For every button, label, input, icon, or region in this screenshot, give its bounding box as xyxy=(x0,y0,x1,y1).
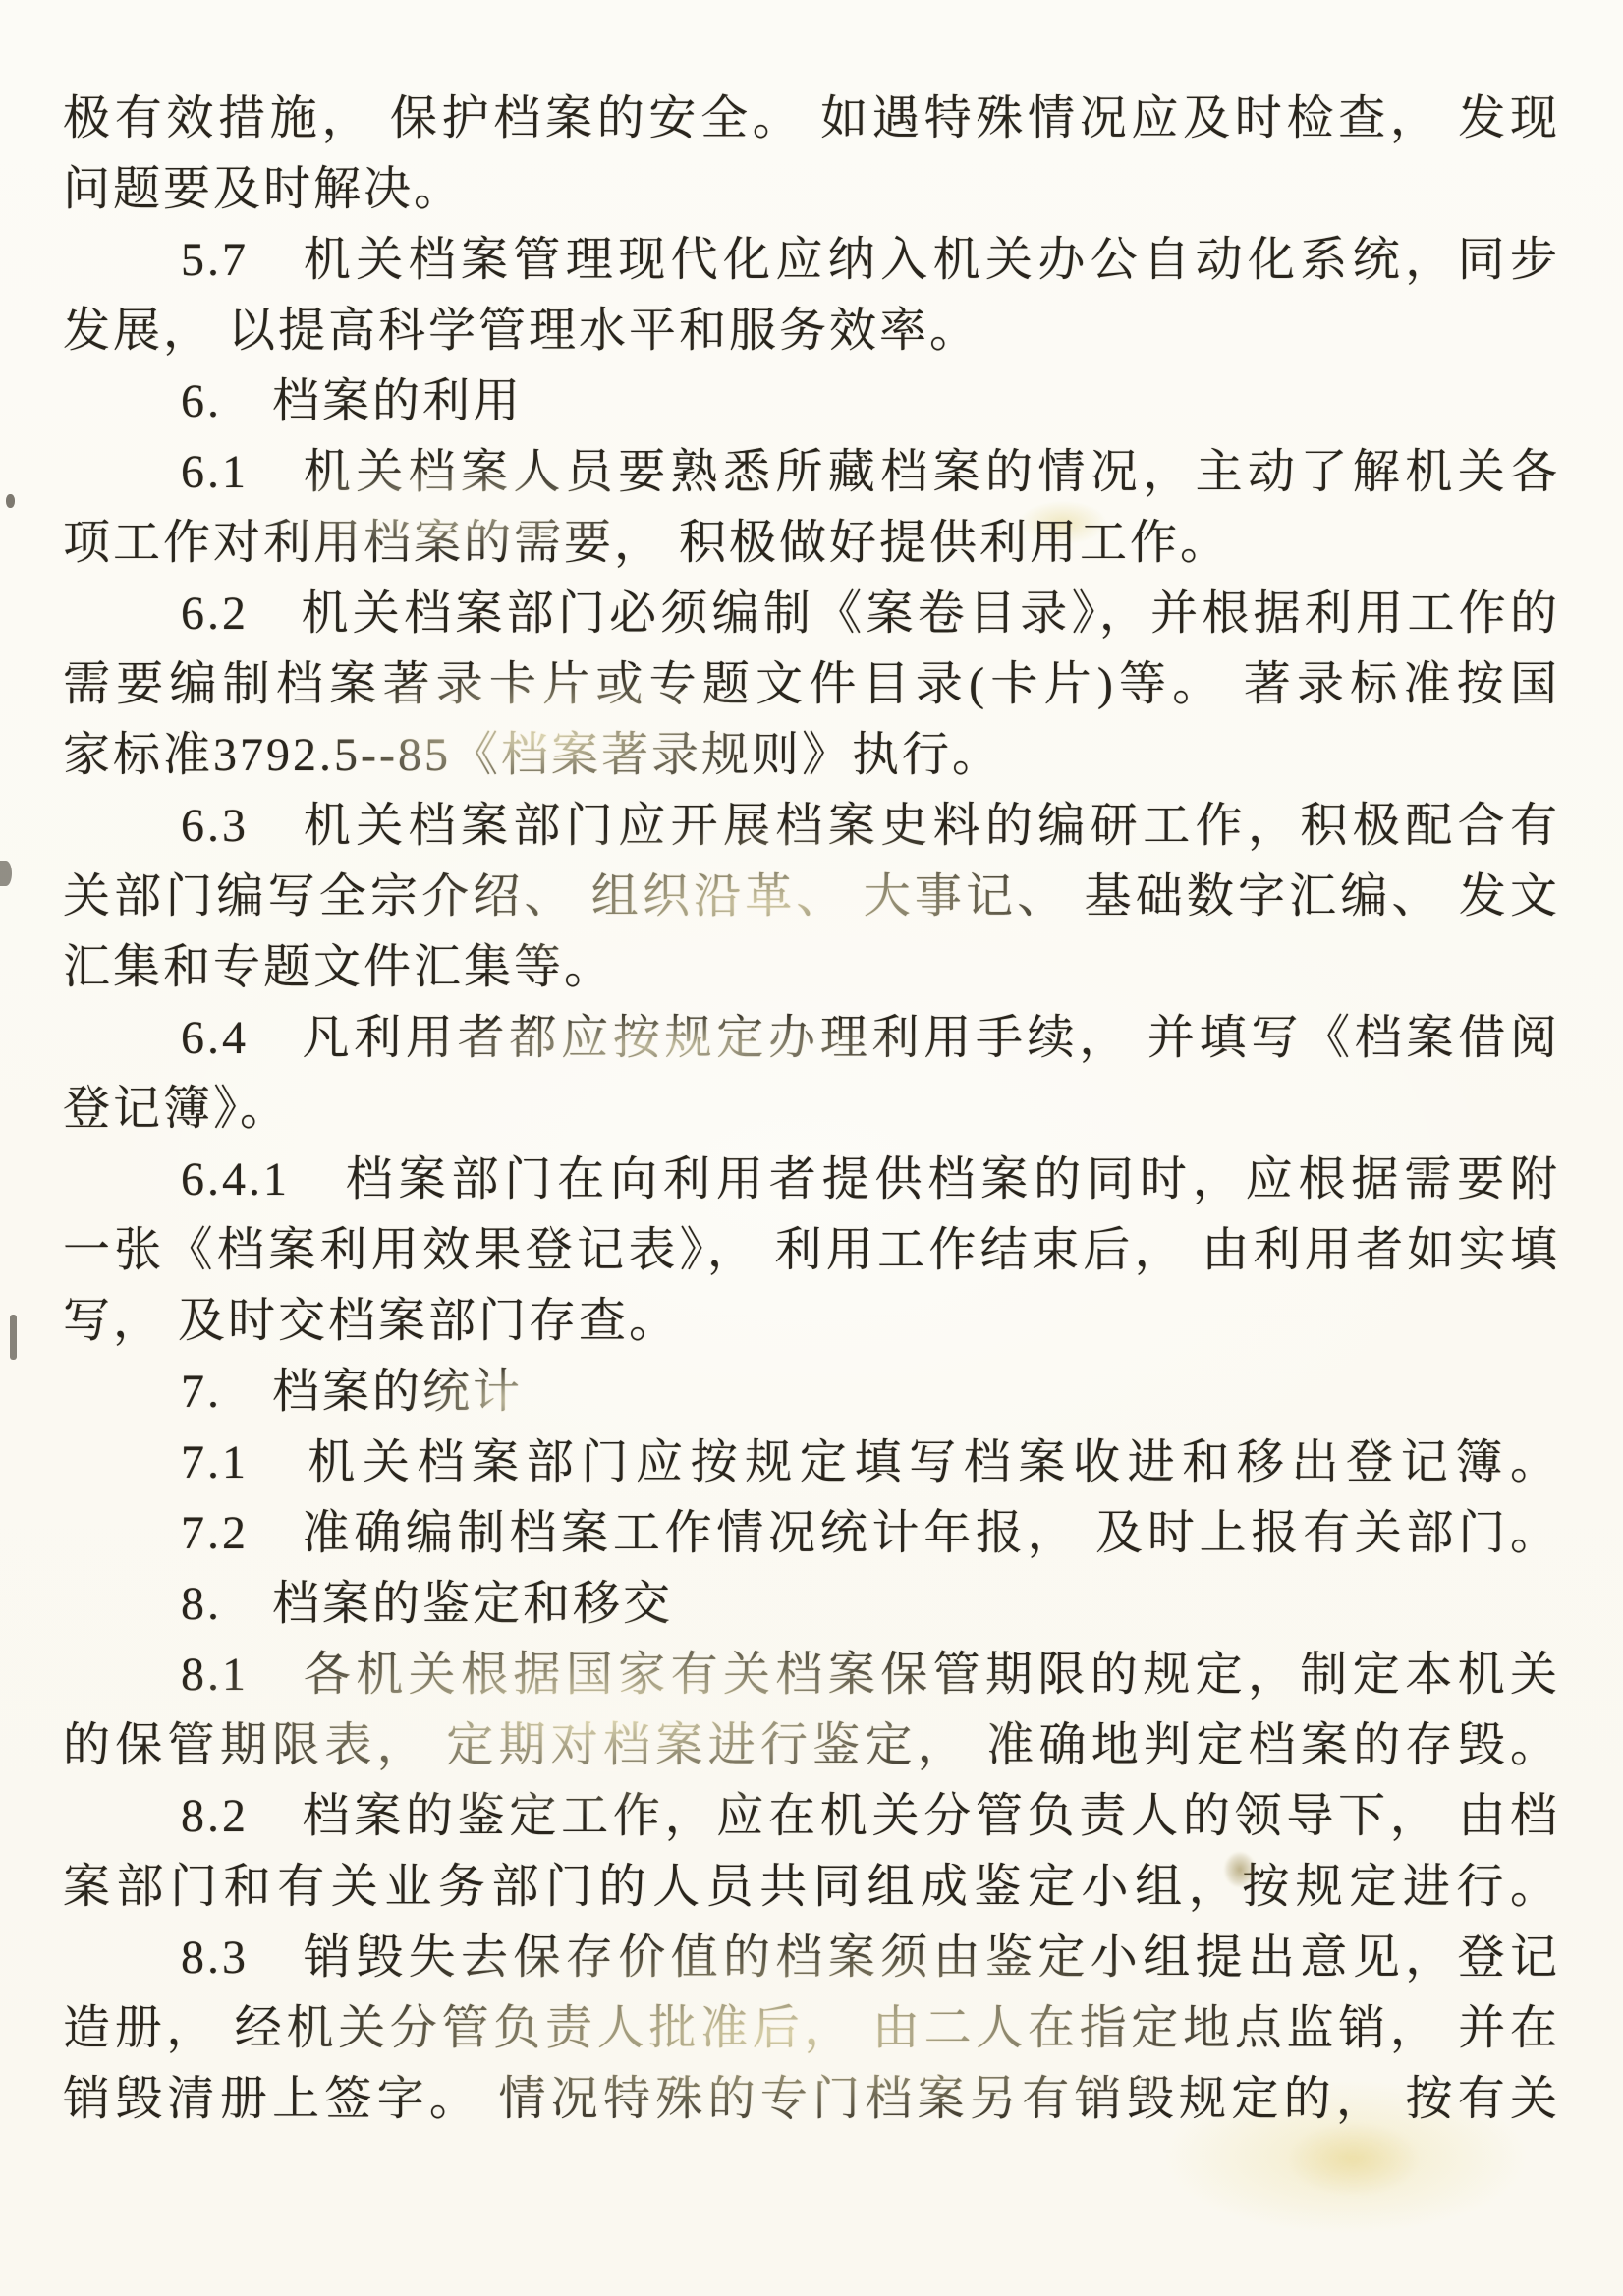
text-line: 造册， 经机关分管负责人批准后， 由二人在指定地点监销， 并在 xyxy=(63,1993,1560,2064)
text-line: 的保管期限表， 定期对档案进行鉴定， 准确地判定档案的存毁。 xyxy=(63,1710,1560,1781)
text-line-section-7-1: 7.1 机关档案部门应按规定填写档案收进和移出登记簿。 xyxy=(63,1428,1560,1498)
scan-speck-artifact xyxy=(10,1315,17,1360)
text-line-section-8-2: 8.2 档案的鉴定工作，应在机关分管负责人的领导下， 由档 xyxy=(63,1781,1560,1852)
scanned-document-page: 极有效措施， 保护档案的安全。 如遇特殊情况应及时检查， 发现 问题要及时解决。… xyxy=(0,0,1623,2296)
text-line-section-6-4: 6.4 凡利用者都应按规定办理利用手续， 并填写《档案借阅 xyxy=(63,1003,1560,1074)
text-line-section-6-1: 6.1 机关档案人员要熟悉所藏档案的情况，主动了解机关各 xyxy=(63,437,1560,508)
text-line: 问题要及时解决。 xyxy=(63,154,1560,225)
text-line: 写， 及时交档案部门存查。 xyxy=(63,1286,1560,1357)
text-line-section-8-3: 8.3 销毁失去保存价值的档案须由鉴定小组提出意见，登记 xyxy=(63,1923,1560,1993)
text-line-section-5-7: 5.7 机关档案管理现代化应纳入机关办公自动化系统，同步 xyxy=(63,225,1560,296)
text-line-section-7: 7. 档案的统计 xyxy=(63,1357,1560,1428)
text-line: 关部门编写全宗介绍、 组织沿革、 大事记、 基础数字汇编、 发文 xyxy=(63,862,1560,932)
text-line: 一张《档案利用效果登记表》， 利用工作结束后， 由利用者如实填 xyxy=(63,1215,1560,1286)
text-line-section-6-2: 6.2 机关档案部门必须编制《案卷目录》，并根据利用工作的 xyxy=(63,579,1560,649)
document-text: 极有效措施， 保护档案的安全。 如遇特殊情况应及时检查， 发现 问题要及时解决。… xyxy=(63,84,1560,2135)
text-line-section-7-2: 7.2 准确编制档案工作情况统计年报， 及时上报有关部门。 xyxy=(63,1498,1560,1569)
text-line: 项工作对利用档案的需要， 积极做好提供利用工作。 xyxy=(63,508,1560,579)
text-line: 案部门和有关业务部门的人员共同组成鉴定小组，按规定进行。 xyxy=(63,1852,1560,1923)
scan-speck-artifact xyxy=(6,494,15,508)
text-line: 汇集和专题文件汇集等。 xyxy=(63,932,1560,1003)
text-line-section-8: 8. 档案的鉴定和移交 xyxy=(63,1569,1560,1640)
text-line: 极有效措施， 保护档案的安全。 如遇特殊情况应及时检查， 发现 xyxy=(63,84,1560,154)
text-line: 需要编制档案著录卡片或专题文件目录(卡片)等。 著录标准按国 xyxy=(63,649,1560,720)
text-line-section-8-1: 8.1 各机关根据国家有关档案保管期限的规定，制定本机关 xyxy=(63,1640,1560,1710)
text-line: 家标准3792.5--85《档案著录规则》执行。 xyxy=(63,720,1560,791)
scan-speck-artifact xyxy=(0,861,12,886)
text-line-section-6-3: 6.3 机关档案部门应开展档案史料的编研工作，积极配合有 xyxy=(63,791,1560,862)
text-line: 登记簿》。 xyxy=(63,1074,1560,1145)
text-line-section-6-4-1: 6.4.1 档案部门在向利用者提供档案的同时，应根据需要附 xyxy=(63,1145,1560,1215)
text-line: 发展， 以提高科学管理水平和服务效率。 xyxy=(63,296,1560,366)
text-line: 销毁清册上签字。 情况特殊的专门档案另有销毁规定的， 按有关 xyxy=(63,2064,1560,2135)
text-line-section-6: 6. 档案的利用 xyxy=(63,366,1560,437)
